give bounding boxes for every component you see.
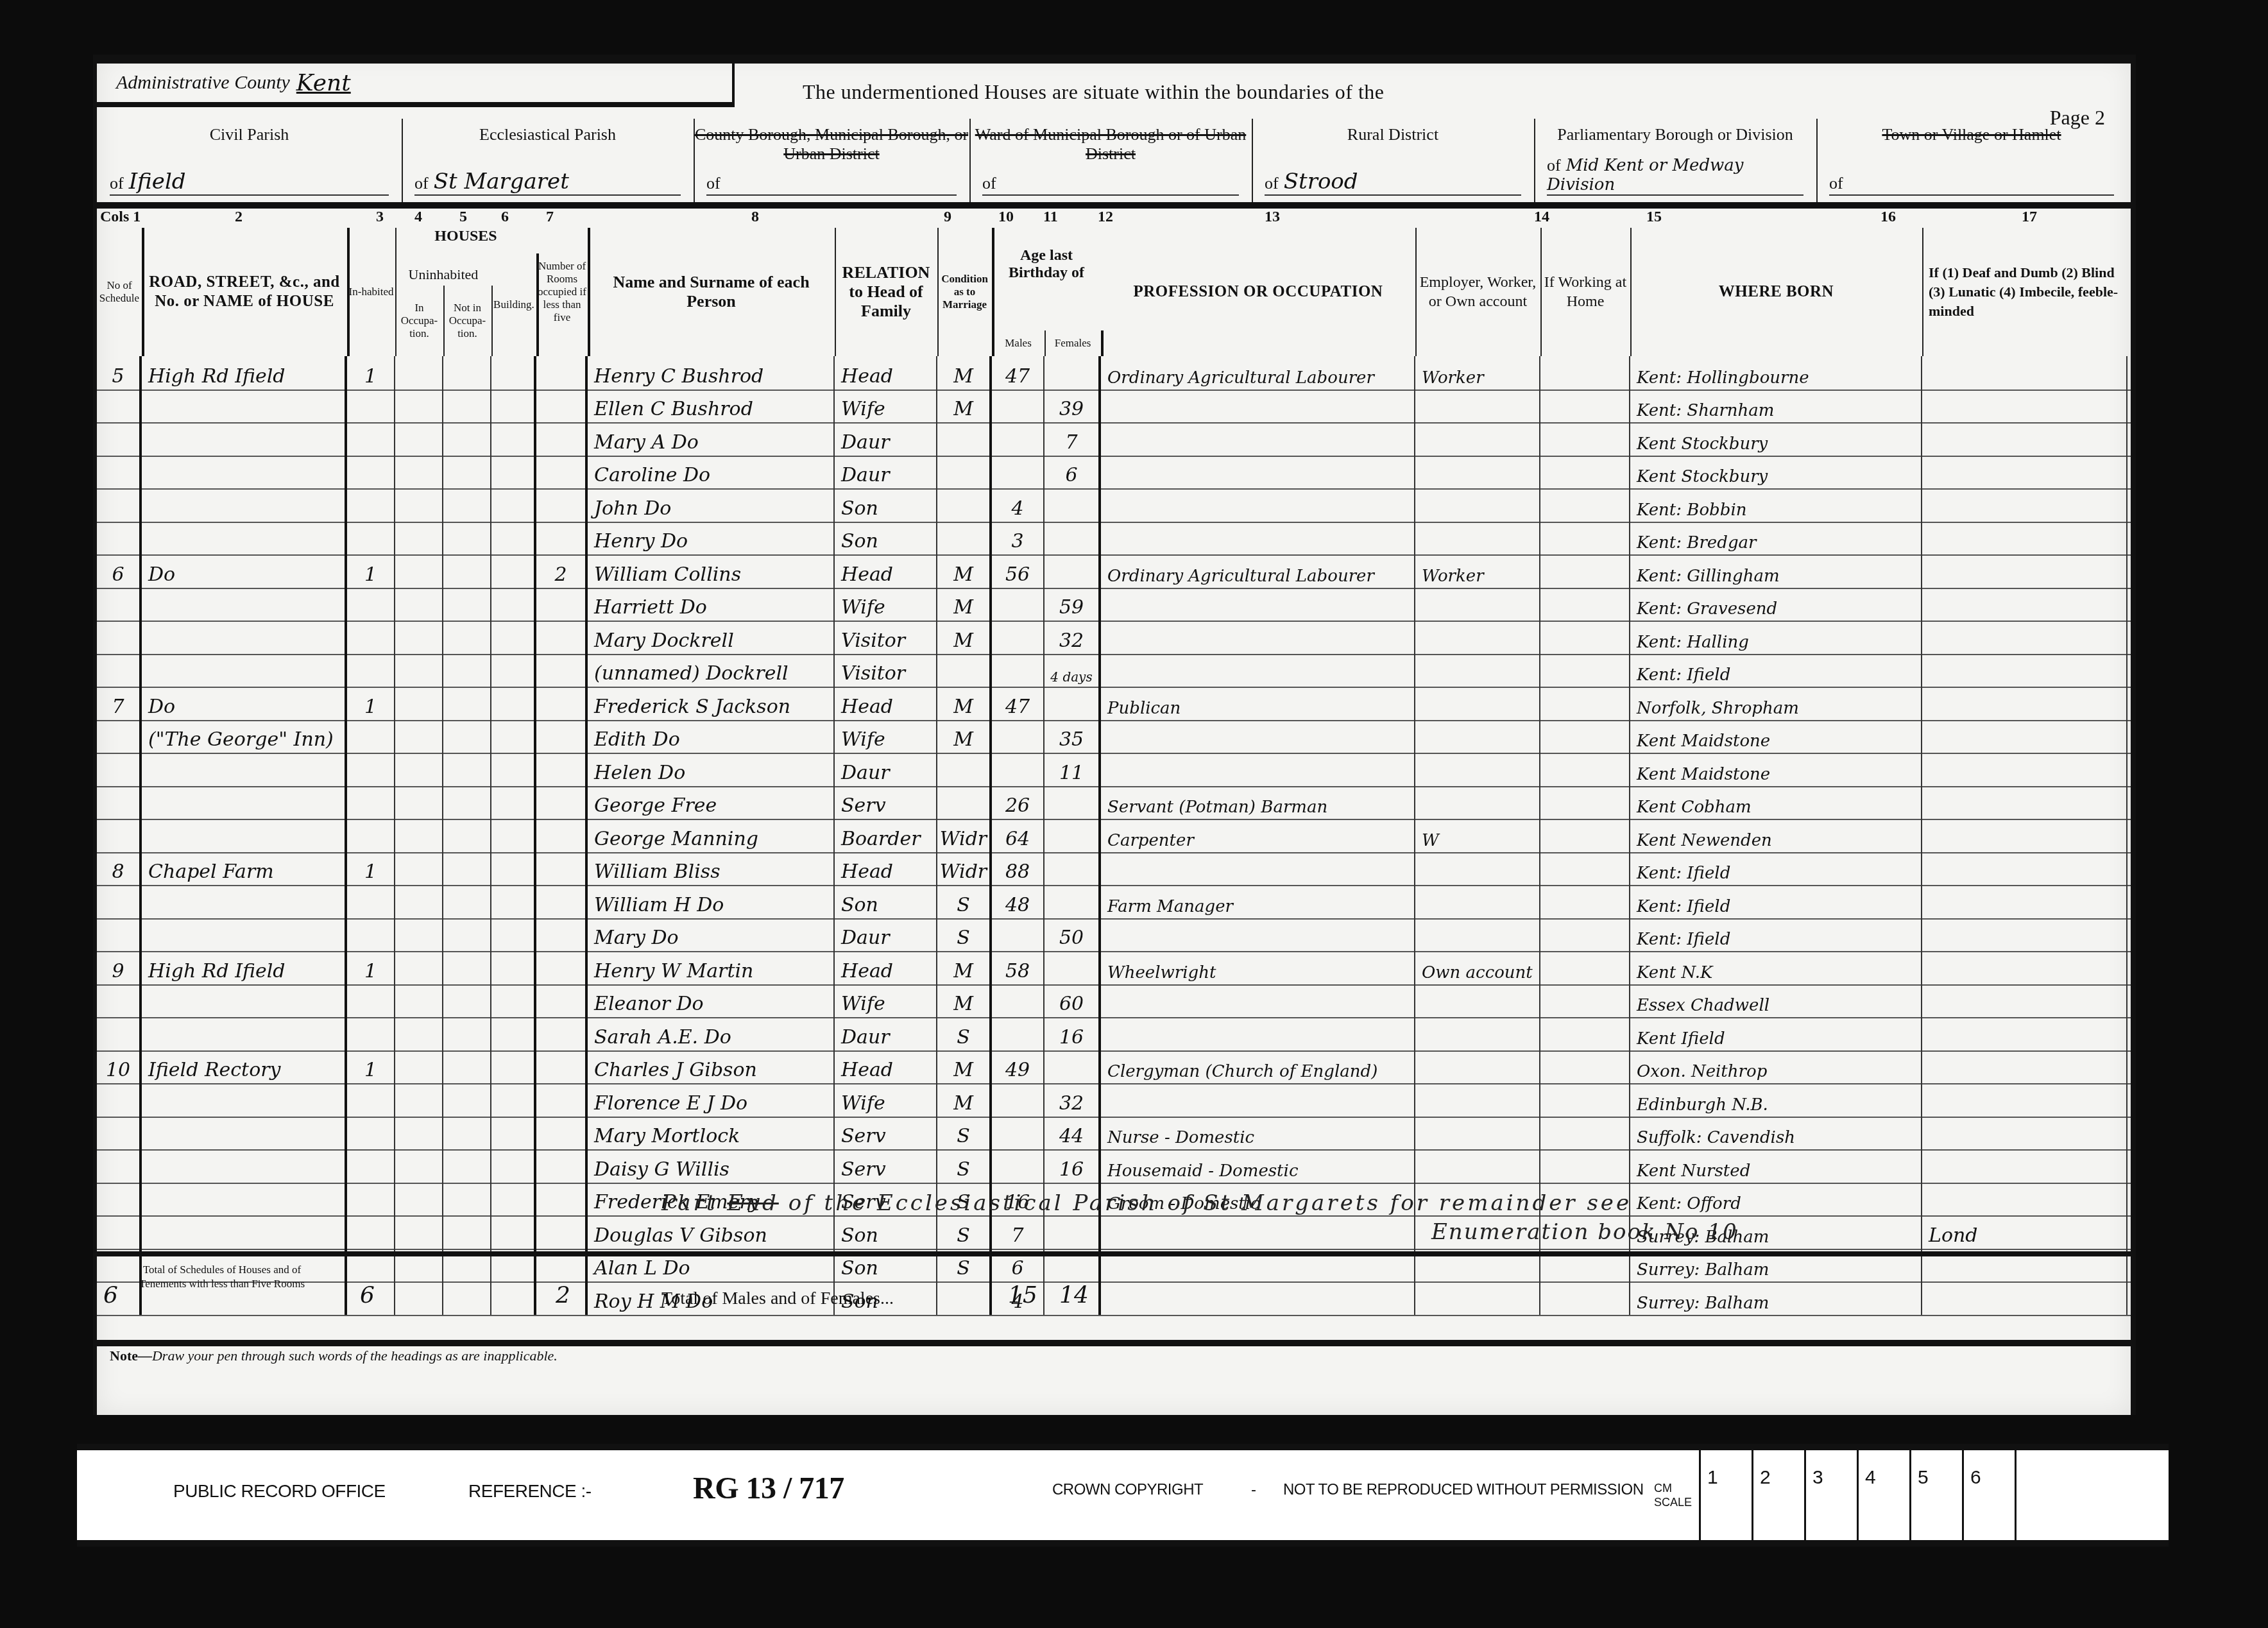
cell-schedule [97, 1017, 142, 1050]
cell-at-home [1540, 687, 1630, 720]
cell-at-home [1540, 588, 1630, 621]
cell-female-age: 44 [1044, 1117, 1101, 1150]
cell-name: Henry Do [588, 522, 835, 555]
cell-rooms [536, 1050, 588, 1084]
cell-schedule [97, 456, 142, 489]
cell-schedule: 6 [97, 554, 142, 588]
cell-address [142, 918, 347, 952]
cell-notin [443, 753, 491, 786]
cell-name: Frederick S Jackson [588, 687, 835, 720]
county-value: Kent [296, 70, 351, 96]
cell-bld [491, 753, 536, 786]
cell-condition: M [937, 720, 992, 753]
cell-condition: M [937, 1083, 992, 1117]
cell-relation: Son [835, 488, 937, 522]
cell-name: Edith Do [588, 720, 835, 753]
cell-occupation: Servant (Potman) Barman [1101, 786, 1415, 819]
table-row: 7Do1Frederick S JacksonHeadM47PublicanNo… [97, 687, 2131, 721]
cell-schedule [97, 885, 142, 918]
table-row: John DoSon4Kent: Bobbin [97, 488, 2131, 523]
cell-rooms [536, 1215, 588, 1249]
cell-relation: Wife [835, 588, 937, 621]
cell-female-age: 50 [1044, 918, 1101, 952]
cell-female-age [1044, 951, 1101, 984]
cell-name: Daisy G Willis [588, 1149, 835, 1183]
cell-at-home [1540, 1083, 1630, 1117]
cell-name: Sarah A.E. Do [588, 1017, 835, 1050]
cell-condition: M [937, 356, 992, 390]
cell-infirmity [1922, 422, 2127, 456]
cell-relation: Son [835, 885, 937, 918]
cell-rooms [536, 753, 588, 786]
admin-ecclesiastical-parish: Ecclesiastical Parish ofSt Margaret [402, 119, 695, 202]
cell-rooms [536, 918, 588, 952]
enumeration-book-note: Enumeration book No 10 [1431, 1219, 1738, 1245]
cell-inhabited: 1 [347, 951, 395, 984]
header-rooms: Number of Rooms occupied if less than fi… [536, 228, 590, 356]
table-row: Mary MortlockServS44Nurse - DomesticSuff… [97, 1117, 2131, 1151]
cell-at-home [1540, 720, 1630, 753]
cm-scale: CM SCALE 1 2 3 4 5 6 [1654, 1450, 2111, 1540]
cell-name: Henry W Martin [588, 951, 835, 984]
cell-rooms [536, 720, 588, 753]
cell-condition: Widr [937, 819, 992, 852]
cell-condition [937, 422, 992, 456]
header-uninhabited: Uninhabited [395, 266, 491, 286]
cell-at-home [1540, 885, 1630, 918]
cell-born: Kent Stockbury [1630, 456, 1922, 489]
cell-in [395, 918, 443, 952]
cell-at-home [1540, 654, 1630, 687]
cell-in [395, 456, 443, 489]
cell-name: Helen Do [588, 753, 835, 786]
cell-bld [491, 819, 536, 852]
cell-in [395, 488, 443, 522]
cell-schedule [97, 786, 142, 819]
cell-name: Douglas V Gibson [588, 1215, 835, 1249]
cell-in [395, 786, 443, 819]
cell-schedule: 10 [97, 1050, 142, 1084]
cell-infirmity [1922, 1017, 2127, 1050]
cell-name: George Manning [588, 819, 835, 852]
cell-bld [491, 720, 536, 753]
cell-address [142, 1183, 347, 1216]
cell-male-age [992, 588, 1044, 621]
cell-in [395, 1215, 443, 1249]
cell-schedule [97, 654, 142, 687]
table-row: ("The George" Inn)Edith DoWifeM35Kent Ma… [97, 720, 2131, 755]
cell-condition: M [937, 554, 992, 588]
cell-notin [443, 852, 491, 886]
cell-infirmity [1922, 885, 2127, 918]
cell-at-home [1540, 522, 1630, 555]
cell-inhabited: 1 [347, 356, 395, 390]
header-at-home: If Working at Home [1540, 228, 1632, 356]
cell-born: Kent: Offord [1630, 1183, 1922, 1216]
cell-condition: S [937, 1215, 992, 1249]
cell-address [142, 885, 347, 918]
cell-born: Kent: Gravesend [1630, 588, 1922, 621]
admin-county-borough: County Borough, Municipal Borough, or Ur… [694, 119, 971, 202]
cell-male-age: 47 [992, 687, 1044, 720]
cell-female-age [1044, 1215, 1101, 1249]
cell-occupation [1101, 588, 1415, 621]
cell-employer: Worker [1415, 356, 1540, 390]
cell-occupation [1101, 852, 1415, 886]
cell-in [395, 951, 443, 984]
cell-relation: Daur [835, 918, 937, 952]
cell-notin [443, 885, 491, 918]
cell-employer [1415, 852, 1540, 886]
part-note: Part End of the Ecclesiastical Parish of… [661, 1190, 1632, 1216]
cell-address [142, 984, 347, 1018]
table-row: Helen DoDaur11Kent Maidstone [97, 753, 2131, 787]
cell-infirmity [1922, 390, 2127, 423]
cell-inhabited [347, 1215, 395, 1249]
cell-condition: Widr [937, 852, 992, 886]
cell-bld [491, 852, 536, 886]
cell-infirmity [1922, 356, 2127, 390]
cell-female-age: 35 [1044, 720, 1101, 753]
cell-male-age: 58 [992, 951, 1044, 984]
cell-notin [443, 1017, 491, 1050]
cell-occupation [1101, 753, 1415, 786]
cell-employer [1415, 522, 1540, 555]
cell-occupation: Nurse - Domestic [1101, 1117, 1415, 1150]
table-row: Henry DoSon3Kent: Bredgar [97, 522, 2131, 556]
cell-address [142, 422, 347, 456]
cell-infirmity [1922, 984, 2127, 1018]
cell-employer [1415, 1149, 1540, 1183]
cell-relation: Head [835, 951, 937, 984]
civil-parish-value: Ifield [129, 169, 186, 194]
table-row: Caroline DoDaur6Kent Stockbury [97, 456, 2131, 490]
header-building: Building. [491, 253, 539, 356]
cell-female-age: 60 [1044, 984, 1101, 1018]
cell-in [395, 984, 443, 1018]
cell-rooms: 2 [536, 554, 588, 588]
table-row: William H DoSonS48Farm ManagerKent: Ifie… [97, 885, 2131, 920]
cell-address [142, 522, 347, 555]
table-row: Daisy G WillisServS16Housemaid - Domesti… [97, 1149, 2131, 1184]
cell-at-home [1540, 621, 1630, 654]
county-label: Administrative County [116, 72, 290, 94]
cell-male-age: 48 [992, 885, 1044, 918]
rural-district-value: Strood [1284, 169, 1358, 194]
cell-at-home [1540, 852, 1630, 886]
cell-female-age [1044, 488, 1101, 522]
cell-born: Oxon. Neithrop [1630, 1050, 1922, 1084]
cell-male-age: 47 [992, 356, 1044, 390]
cell-condition: S [937, 1149, 992, 1183]
cell-in [395, 819, 443, 852]
cell-infirmity [1922, 1183, 2127, 1216]
cell-bld [491, 1149, 536, 1183]
cell-address [142, 819, 347, 852]
cell-notin [443, 522, 491, 555]
cell-inhabited: 1 [347, 554, 395, 588]
cell-employer [1415, 390, 1540, 423]
cell-born: Kent Stockbury [1630, 422, 1922, 456]
cell-female-age: 32 [1044, 1083, 1101, 1117]
cell-infirmity [1922, 456, 2127, 489]
cell-rooms [536, 390, 588, 423]
cell-bld [491, 422, 536, 456]
header-occupation: PROFESSION OR OCCUPATION [1101, 228, 1417, 356]
cell-at-home [1540, 1050, 1630, 1084]
cell-infirmity [1922, 488, 2127, 522]
cell-female-age: 11 [1044, 753, 1101, 786]
cell-at-home [1540, 1017, 1630, 1050]
cell-notin [443, 819, 491, 852]
table-row: George ManningBoarderWidr64CarpenterWKen… [97, 819, 2131, 853]
cell-notin [443, 1050, 491, 1084]
cell-bld [491, 1017, 536, 1050]
cell-condition: M [937, 984, 992, 1018]
table-row: Eleanor DoWifeM60Essex Chadwell [97, 984, 2131, 1019]
cell-occupation [1101, 488, 1415, 522]
cell-employer [1415, 1083, 1540, 1117]
reference-number: RG 13 / 717 [693, 1471, 844, 1506]
cell-condition: S [937, 885, 992, 918]
cell-rooms [536, 1117, 588, 1150]
cell-born: Kent: Ifield [1630, 885, 1922, 918]
cell-born: Kent: Ifield [1630, 654, 1922, 687]
cell-at-home [1540, 951, 1630, 984]
cell-condition [937, 488, 992, 522]
cell-employer [1415, 885, 1540, 918]
totals-row: 6 Total of Schedules of Houses and of Te… [97, 1251, 2131, 1346]
cell-at-home [1540, 984, 1630, 1018]
cell-at-home [1540, 786, 1630, 819]
cell-male-age [992, 1083, 1044, 1117]
cell-inhabited [347, 1083, 395, 1117]
cell-name: Florence E J Do [588, 1083, 835, 1117]
cell-name: Ellen C Bushrod [588, 390, 835, 423]
cell-notin [443, 588, 491, 621]
cell-rooms [536, 1083, 588, 1117]
cell-infirmity [1922, 786, 2127, 819]
cell-schedule [97, 588, 142, 621]
cell-occupation: Publican [1101, 687, 1415, 720]
cell-address: Chapel Farm [142, 852, 347, 886]
cell-rooms [536, 654, 588, 687]
cell-name: William H Do [588, 885, 835, 918]
cell-in [395, 1117, 443, 1150]
cell-employer [1415, 918, 1540, 952]
cell-occupation: Farm Manager [1101, 885, 1415, 918]
cell-born: Essex Chadwell [1630, 984, 1922, 1018]
header-age: Age last Birthday of [992, 247, 1101, 282]
cell-born: Kent: Ifield [1630, 852, 1922, 886]
cell-occupation [1101, 422, 1415, 456]
cell-name: George Free [588, 786, 835, 819]
cell-female-age [1044, 786, 1101, 819]
cell-schedule [97, 621, 142, 654]
cell-female-age: 32 [1044, 621, 1101, 654]
footnote: Note—Draw your pen through such words of… [110, 1348, 558, 1364]
cell-bld [491, 456, 536, 489]
cell-occupation [1101, 984, 1415, 1018]
table-row: Mary A DoDaur7Kent Stockbury [97, 422, 2131, 457]
cell-bld [491, 951, 536, 984]
cell-born: Kent: Halling [1630, 621, 1922, 654]
cell-name: Mary Mortlock [588, 1117, 835, 1150]
cell-bld [491, 687, 536, 720]
column-numbers: Cols 1 2 3 4 5 6 7 8 9 10 11 12 13 14 15… [97, 209, 2131, 228]
cell-inhabited [347, 1149, 395, 1183]
table-row: Douglas V GibsonSonS7Surrey: BalhamLond [97, 1215, 2131, 1250]
cell-employer [1415, 488, 1540, 522]
cell-address [142, 1215, 347, 1249]
cell-female-age: 4 days [1044, 654, 1101, 687]
cell-notin [443, 1083, 491, 1117]
cell-employer [1415, 654, 1540, 687]
cell-occupation [1101, 654, 1415, 687]
cell-male-age [992, 654, 1044, 687]
cell-male-age [992, 422, 1044, 456]
cell-born: Kent: Ifield [1630, 918, 1922, 952]
cell-inhabited [347, 456, 395, 489]
cell-name: Harriett Do [588, 588, 835, 621]
cell-male-age: 26 [992, 786, 1044, 819]
cell-infirmity [1922, 522, 2127, 555]
cell-schedule: 9 [97, 951, 142, 984]
cell-notin [443, 687, 491, 720]
cell-notin [443, 984, 491, 1018]
cell-male-age: 56 [992, 554, 1044, 588]
cell-employer [1415, 720, 1540, 753]
header-condition: Condition as to Marriage [937, 228, 994, 356]
cell-female-age: 6 [1044, 456, 1101, 489]
cell-notin [443, 1117, 491, 1150]
admin-ward: Ward of Municipal Borough or of Urban Di… [969, 119, 1253, 202]
total-schedules: 6 [103, 1282, 118, 1308]
cell-born: Kent: Gillingham [1630, 554, 1922, 588]
header-relation: RELATION to Head of Family [835, 228, 939, 356]
cell-notin [443, 786, 491, 819]
cell-inhabited [347, 984, 395, 1018]
cell-in [395, 1017, 443, 1050]
cell-rooms [536, 951, 588, 984]
table-row: Mary DoDaurS50Kent: Ifield [97, 918, 2131, 953]
cell-rooms [536, 1183, 588, 1216]
cell-rooms [536, 1017, 588, 1050]
cell-inhabited [347, 1117, 395, 1150]
cell-name: Caroline Do [588, 456, 835, 489]
cell-female-age: 16 [1044, 1149, 1101, 1183]
cell-name: (unnamed) Dockrell [588, 654, 835, 687]
totals-label: Total of Schedules of Houses and of Tene… [139, 1263, 305, 1291]
intro-text: The undermentioned Houses are situate wi… [803, 80, 1385, 104]
cell-address [142, 621, 347, 654]
cell-condition: M [937, 588, 992, 621]
cell-infirmity [1922, 1083, 2127, 1117]
cell-schedule [97, 819, 142, 852]
cell-born: Kent Cobham [1630, 786, 1922, 819]
cell-employer: Worker [1415, 554, 1540, 588]
cell-schedule: 5 [97, 356, 142, 390]
cell-in [395, 621, 443, 654]
cell-in [395, 422, 443, 456]
cell-infirmity [1922, 1117, 2127, 1150]
table-row: 9High Rd Ifield1Henry W MartinHeadM58Whe… [97, 951, 2131, 986]
cell-bld [491, 918, 536, 952]
header-schedule: No of Schedule [97, 228, 144, 356]
cell-in [395, 885, 443, 918]
cell-infirmity: Lond [1922, 1215, 2127, 1249]
cell-address [142, 1017, 347, 1050]
cell-male-age: 4 [992, 488, 1044, 522]
cell-female-age [1044, 1050, 1101, 1084]
cell-male-age: 3 [992, 522, 1044, 555]
table-row: 5High Rd Ifield1Henry C BushrodHeadM47Or… [97, 356, 2131, 391]
cell-name: Eleanor Do [588, 984, 835, 1018]
table-row: 8Chapel Farm1William BlissHeadWidr88Kent… [97, 852, 2131, 887]
cell-schedule [97, 720, 142, 753]
cell-occupation [1101, 1017, 1415, 1050]
cell-born: Kent Maidstone [1630, 720, 1922, 753]
cell-male-age: 64 [992, 819, 1044, 852]
cell-at-home [1540, 753, 1630, 786]
cell-inhabited [347, 885, 395, 918]
scale-label: CM SCALE [1654, 1450, 1699, 1540]
cell-bld [491, 522, 536, 555]
cell-address: Do [142, 687, 347, 720]
cell-in [395, 390, 443, 423]
total-inhabited: 6 [360, 1282, 375, 1308]
header-where-born: WHERE BORN [1630, 228, 1923, 356]
cell-bld [491, 621, 536, 654]
cell-schedule [97, 1083, 142, 1117]
cell-address [142, 588, 347, 621]
census-sheet: Administrative County Kent The underment… [93, 55, 2136, 1415]
cell-inhabited [347, 1183, 395, 1216]
cell-condition: M [937, 1050, 992, 1084]
cell-notin [443, 422, 491, 456]
cell-male-age: 7 [992, 1215, 1044, 1249]
cell-male-age [992, 456, 1044, 489]
cell-bld [491, 654, 536, 687]
header-inhabited: In-habited [347, 228, 396, 356]
cell-occupation: Clergyman (Church of England) [1101, 1050, 1415, 1084]
cell-notin [443, 1183, 491, 1216]
cell-relation: Head [835, 852, 937, 886]
cell-bld [491, 1117, 536, 1150]
cell-notin [443, 390, 491, 423]
cell-infirmity [1922, 951, 2127, 984]
cell-bld [491, 488, 536, 522]
cell-female-age [1044, 554, 1101, 588]
cell-inhabited [347, 786, 395, 819]
cell-rooms [536, 588, 588, 621]
cell-schedule [97, 1183, 142, 1216]
cell-address: High Rd Ifield [142, 356, 347, 390]
cell-employer [1415, 753, 1540, 786]
cell-relation: Wife [835, 984, 937, 1018]
cell-at-home [1540, 819, 1630, 852]
top-border [97, 55, 2131, 64]
total-females: 14 [1059, 1282, 1089, 1308]
cell-female-age: 39 [1044, 390, 1101, 423]
cell-employer [1415, 687, 1540, 720]
cell-rooms [536, 1149, 588, 1183]
cell-name: William Collins [588, 554, 835, 588]
cell-infirmity [1922, 753, 2127, 786]
cell-occupation: Housemaid - Domestic [1101, 1149, 1415, 1183]
table-row: (unnamed) DockrellVisitor4 daysKent: Ifi… [97, 654, 2131, 689]
cell-address [142, 1083, 347, 1117]
